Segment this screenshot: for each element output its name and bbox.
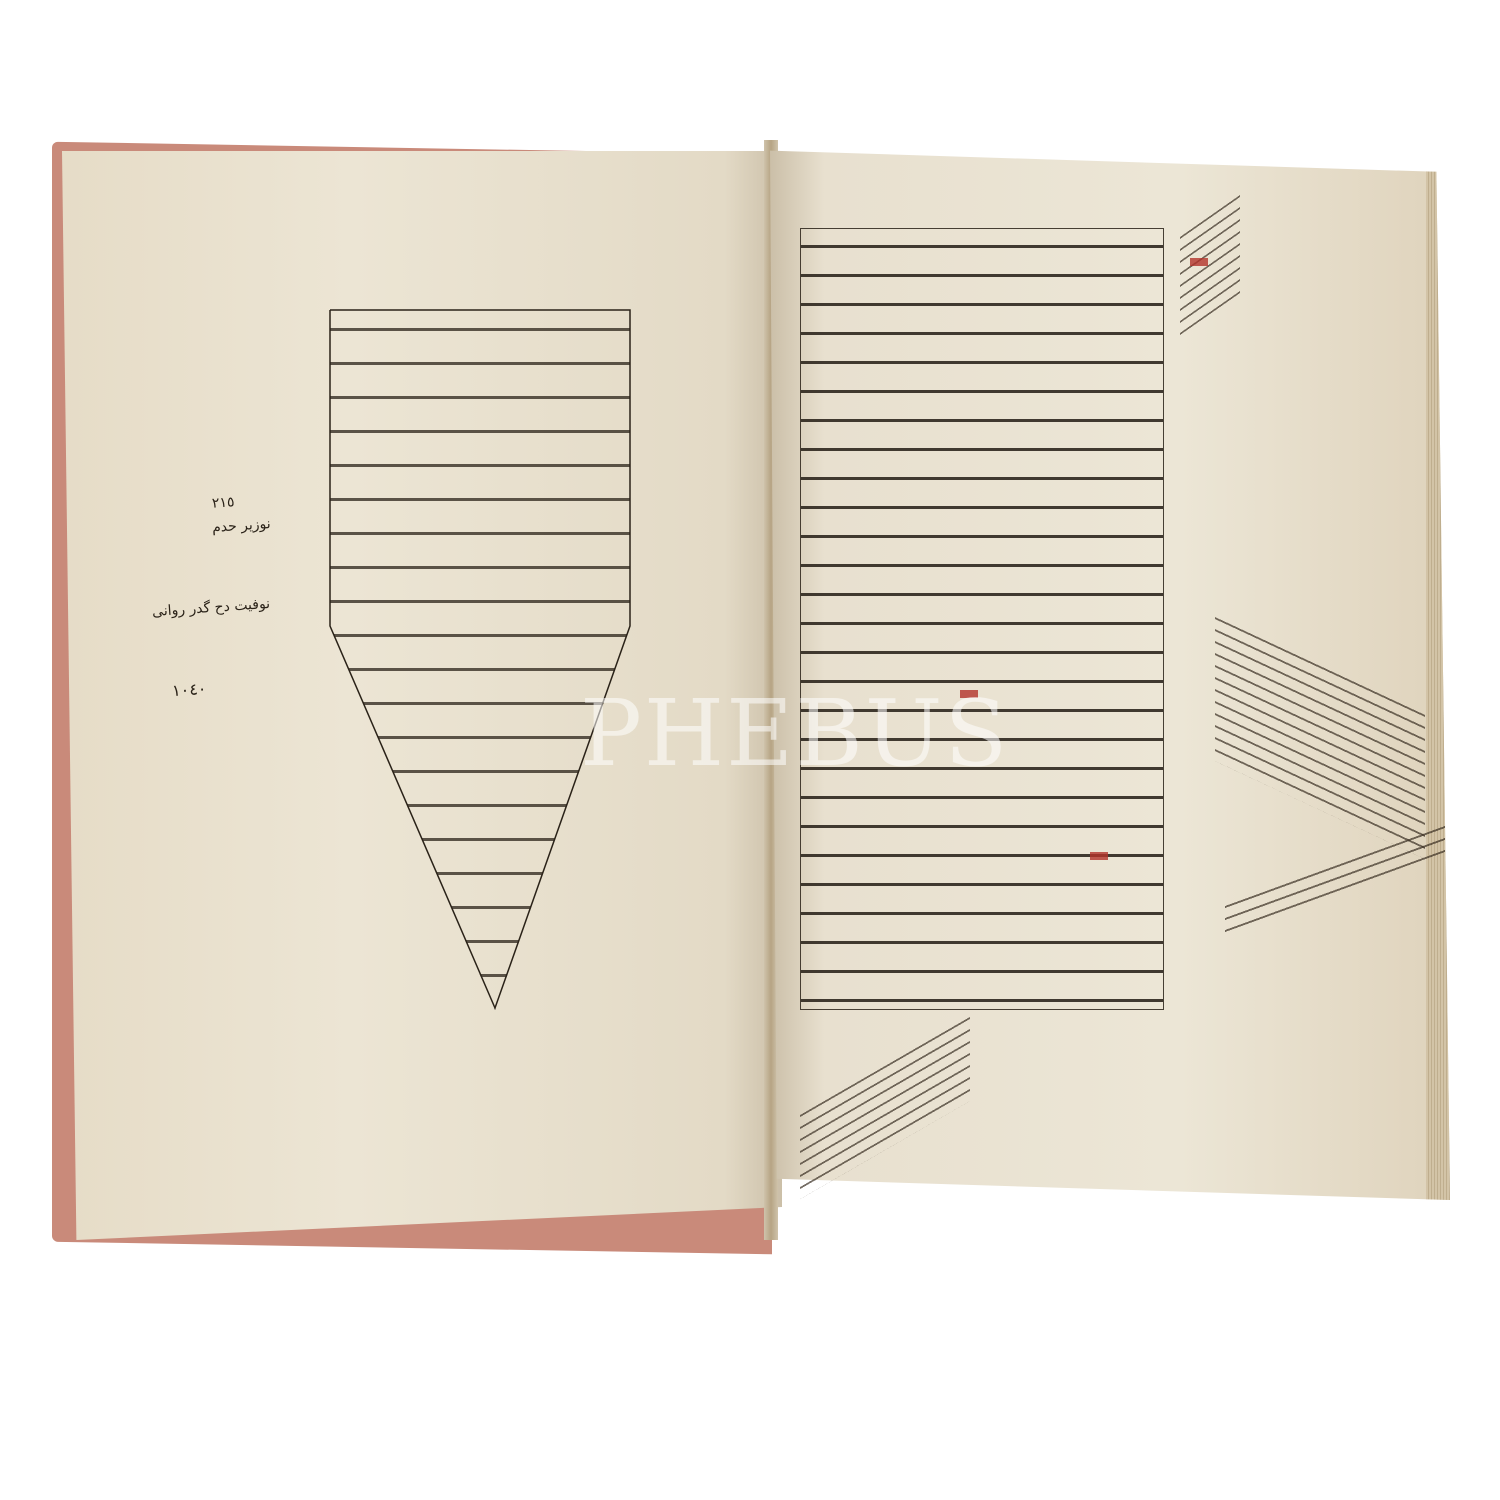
rubric-mark [1190,258,1208,266]
marginal-date: ١٠٤٠ [171,679,207,700]
marginal-note: نوزير حدم [212,516,272,536]
marginal-note: نوفيت دح گدر روانى [152,596,271,620]
rubric-mark [1090,852,1108,860]
marginal-number: ٢١٥ [211,494,235,512]
triangle-frame [328,308,632,1012]
page-edges [1426,160,1450,1200]
main-text-block [800,228,1164,1010]
watermark: PHEBUS [580,680,1009,787]
